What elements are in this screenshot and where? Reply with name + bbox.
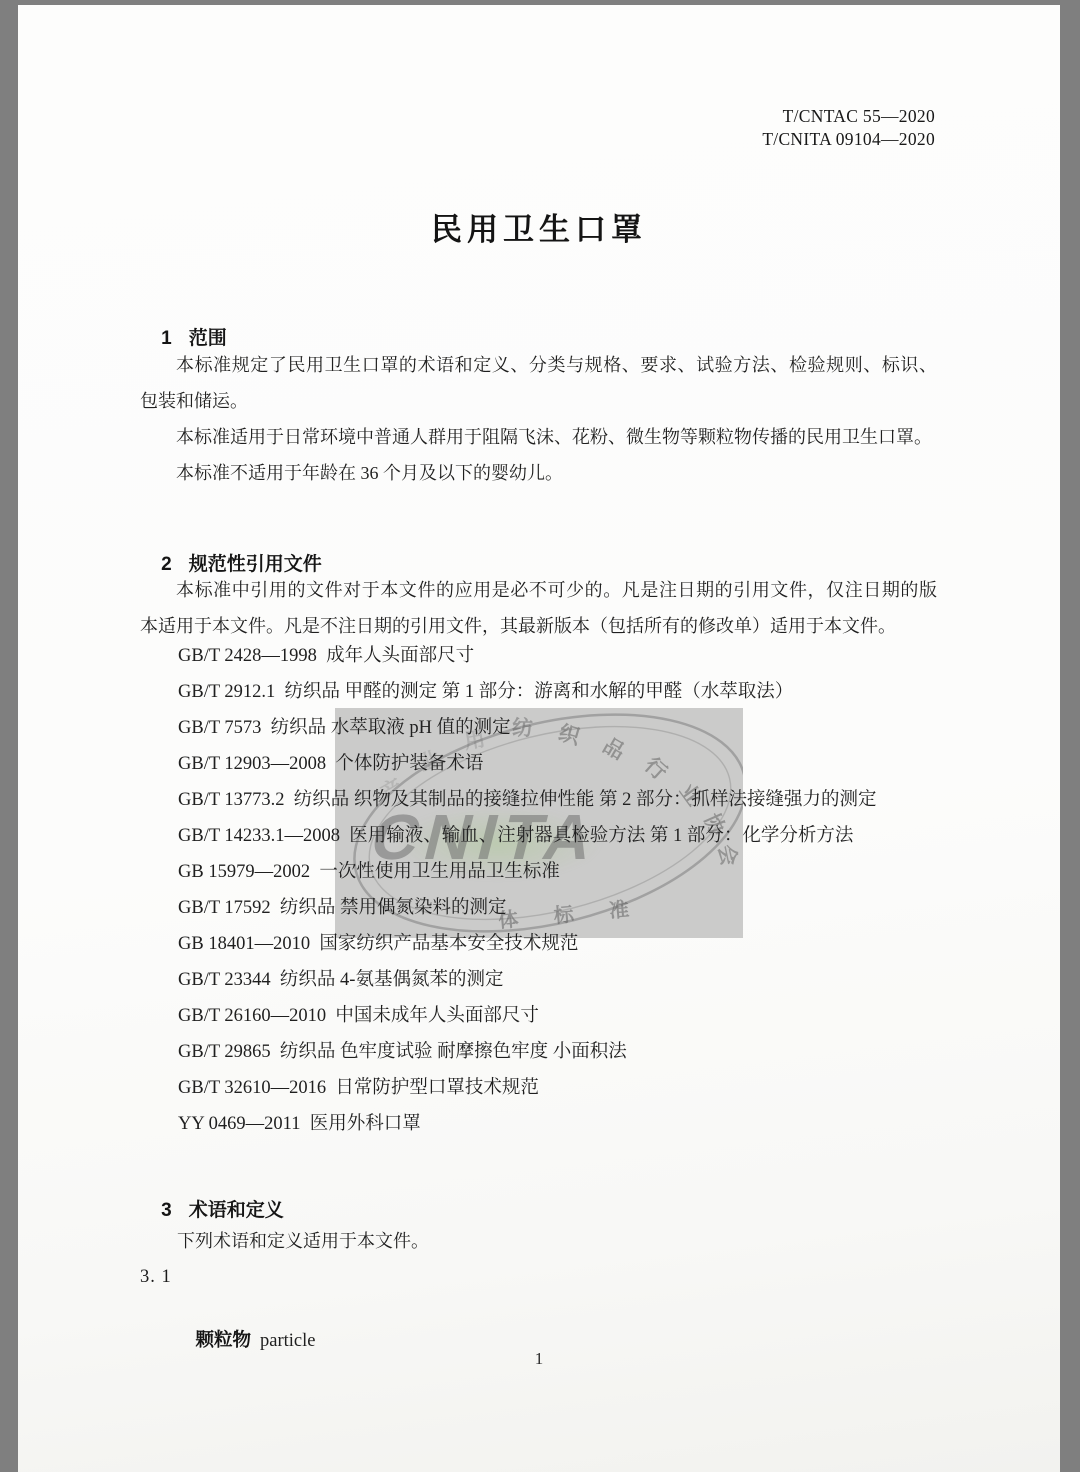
document-title: 民用卫生口罩 [18,204,1060,249]
scope-p1-line1: 本标准规定了民用卫生口罩的术语和定义、分类与规格、要求、试验方法、检验规则、标识… [140,347,937,383]
terms-intro: 下列术语和定义适用于本文件。 [177,1227,429,1253]
reference-item: GB/T 14233.1—2008 医用输液、输血、注射器具检验方法 第 1 部… [178,818,877,854]
normative-reference-list: GB/T 2428—1998 成年人头面部尺寸 GB/T 2912.1 纺织品 … [178,638,877,1142]
reference-item: GB 18401—2010 国家纺织产品基本安全技术规范 [178,926,877,962]
reference-item: GB/T 12903—2008 个体防护装备术语 [178,746,877,782]
term-item-number: 3. 1 [140,1267,172,1288]
doc-code-block: T/CNTAC 55—2020 T/CNITA 09104—2020 [762,105,935,151]
reference-item: GB/T 26160—2010 中国未成年人头面部尺寸 [178,998,877,1034]
section-1-number: 1 [161,328,172,349]
section-1-label: 范围 [189,328,227,349]
reference-item: GB/T 23344 纺织品 4-氨基偶氮苯的测定 [178,962,877,998]
reference-item: GB/T 2428—1998 成年人头面部尺寸 [178,638,877,674]
scope-p1-line2: 包装和储运。 [140,383,937,419]
scope-p2: 本标准适用于日常环境中普通人群用于阻隔飞沫、花粉、微生物等颗粒物传播的民用卫生口… [140,419,937,455]
term-english: particle [260,1331,315,1351]
scope-paragraphs: 本标准规定了民用卫生口罩的术语和定义、分类与规格、要求、试验方法、检验规则、标识… [140,347,937,491]
reference-item: GB/T 7573 纺织品 水萃取液 pH 值的测定 [178,710,877,746]
reference-item: GB/T 32610—2016 日常防护型口罩技术规范 [178,1070,877,1106]
normative-intro: 本标准中引用的文件对于本文件的应用是必不可少的。凡是注日期的引用文件，仅注日期的… [140,572,937,644]
reference-item: GB/T 2912.1 纺织品 甲醛的测定 第 1 部分：游离和水解的甲醛（水萃… [178,674,877,710]
section-3-number: 3 [161,1200,172,1221]
doc-code-line2: T/CNITA 09104—2020 [762,128,935,151]
reference-item: GB 15979—2002 一次性使用卫生用品卫生标准 [178,854,877,890]
term-chinese: 颗粒物 [196,1329,252,1350]
reference-item: GB/T 13773.2 纺织品 织物及其制品的接缝拉伸性能 第 2 部分：抓样… [178,782,877,818]
photo-background: { "header": { "code1": "T/CNTAC 55—2020"… [0,0,1080,1472]
reference-item: GB/T 29865 纺织品 色牢度试验 耐摩擦色牢度 小面积法 [178,1034,877,1070]
doc-code-line1: T/CNTAC 55—2020 [762,105,935,128]
reference-item: YY 0469—2011 医用外科口罩 [178,1106,877,1142]
section-3-label: 术语和定义 [189,1200,284,1221]
scope-p3: 本标准不适用于年龄在 36 个月及以下的婴幼儿。 [140,455,937,491]
reference-item: GB/T 17592 纺织品 禁用偶氮染料的测定 [178,890,877,926]
normative-intro-line1: 本标准中引用的文件对于本文件的应用是必不可少的。凡是注日期的引用文件，仅注日期的… [140,572,937,608]
page-number: 1 [18,1349,1060,1369]
document-page: 产 业 用 纺 织 品 行 业 协 会 CNITA 体 标 准 T/CNTAC … [18,5,1060,1472]
